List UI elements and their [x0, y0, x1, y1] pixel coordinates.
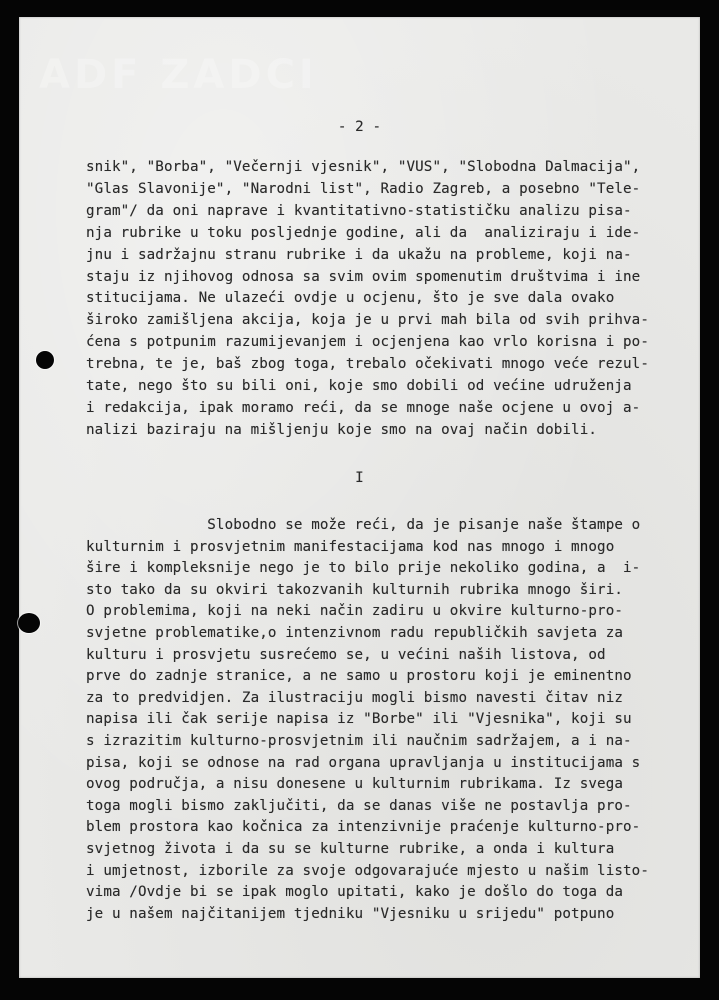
text-line: trebna, te je, baš zbog toga, trebalo oč… [86, 355, 649, 373]
text-line: šire i kompleksnije nego je to bilo prij… [86, 559, 640, 577]
text-line: jnu i sadržajnu stranu rubrike i da ukaž… [86, 246, 632, 264]
text-line: s izrazitim kulturno-prosvjetnim ili nau… [86, 732, 632, 750]
page-number: - 2 - [0, 118, 719, 136]
text-line: O problemima, koji na neki način zadiru … [86, 602, 623, 620]
text-line: pisa, koji se odnose na rad organa uprav… [86, 754, 640, 772]
text-line: svjetnog života i da su se kulturne rubr… [86, 840, 614, 858]
text-line: "Glas Slavonije", "Narodni list", Radio … [86, 180, 640, 198]
text-line: nalizi baziraju na mišljenju koje smo na… [86, 421, 597, 439]
punch-hole-top [36, 351, 54, 369]
text-line: prve do zadnje stranice, a ne samo u pro… [86, 667, 632, 685]
text-line: za to predvidjen. Za ilustraciju mogli b… [86, 689, 623, 707]
text-line: staju iz njihovog odnosa sa svim ovim sp… [86, 268, 640, 286]
text-line: ćena s potpunim razumijevanjem i ocjenje… [86, 333, 649, 351]
text-line: snik", "Borba", "Večernji vjesnik", "VUS… [86, 158, 640, 176]
text-line: i umjetnost, izborile za svoje odgovaraj… [86, 862, 649, 880]
text-line: ovog područja, a nisu donesene u kulturn… [86, 775, 623, 793]
text-line: Slobodno se može reći, da je pisanje naš… [86, 516, 640, 534]
text-line: vima /Ovdje bi se ipak moglo upitati, ka… [86, 883, 623, 901]
text-line: nja rubrike u toku posljednje godine, al… [86, 224, 640, 242]
text-line: široko zamišljena akcija, koja je u prvi… [86, 311, 649, 329]
text-line: svjetne problematike,o intenzivnom radu … [86, 624, 623, 642]
section-heading: I [0, 469, 719, 487]
text-line: i redakcija, ipak moramo reći, da se mno… [86, 399, 640, 417]
text-line: kulturu i prosvjetu susrećemo se, u veći… [86, 646, 606, 664]
text-line: je u našem najčitanijem tjedniku "Vjesni… [86, 905, 614, 923]
text-line: napisa ili čak serije napisa iz "Borbe" … [86, 710, 632, 728]
punch-hole-bottom [18, 613, 40, 633]
text-line: sto tako da su okviri takozvanih kulturn… [86, 581, 623, 599]
text-line: tate, nego što su bili oni, koje smo dob… [86, 377, 632, 395]
bleed-through-mark: ADF ZADCI [39, 52, 318, 98]
text-line: blem prostora kao kočnica za intenzivnij… [86, 818, 640, 836]
text-line: gram"/ da oni naprave i kvantitativno-st… [86, 202, 632, 220]
text-line: kulturnim i prosvjetnim manifestacijama … [86, 538, 614, 556]
text-line: toga mogli bismo zaključiti, da se danas… [86, 797, 632, 815]
text-line: stitucijama. Ne ulazeći ovdje u ocjenu, … [86, 289, 614, 307]
